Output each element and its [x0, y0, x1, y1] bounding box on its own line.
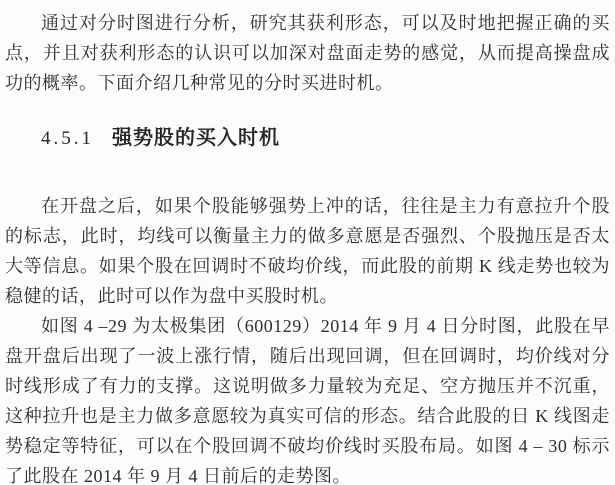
section-heading: 4.5.1 强势股的买入时机 [41, 124, 610, 153]
body-paragraph-example: 如图 4 –29 为太极集团（600129）2014 年 9 月 4 日分时图，… [5, 311, 610, 485]
book-page: 通过对分时图进行分析，研究其获利形态，可以及时地把握正确的买点，并且对获利形态的… [0, 0, 615, 485]
section-title: 强势股的买入时机 [112, 124, 280, 152]
intro-paragraph: 通过对分时图进行分析，研究其获利形态，可以及时地把握正确的买点，并且对获利形态的… [5, 8, 610, 98]
body-paragraph-strong-stock: 在开盘之后，如果个股能够强势上冲的话，往往是主力有意拉升个股的标志，此时，均线可… [5, 191, 610, 311]
section-number: 4.5.1 [41, 125, 94, 153]
